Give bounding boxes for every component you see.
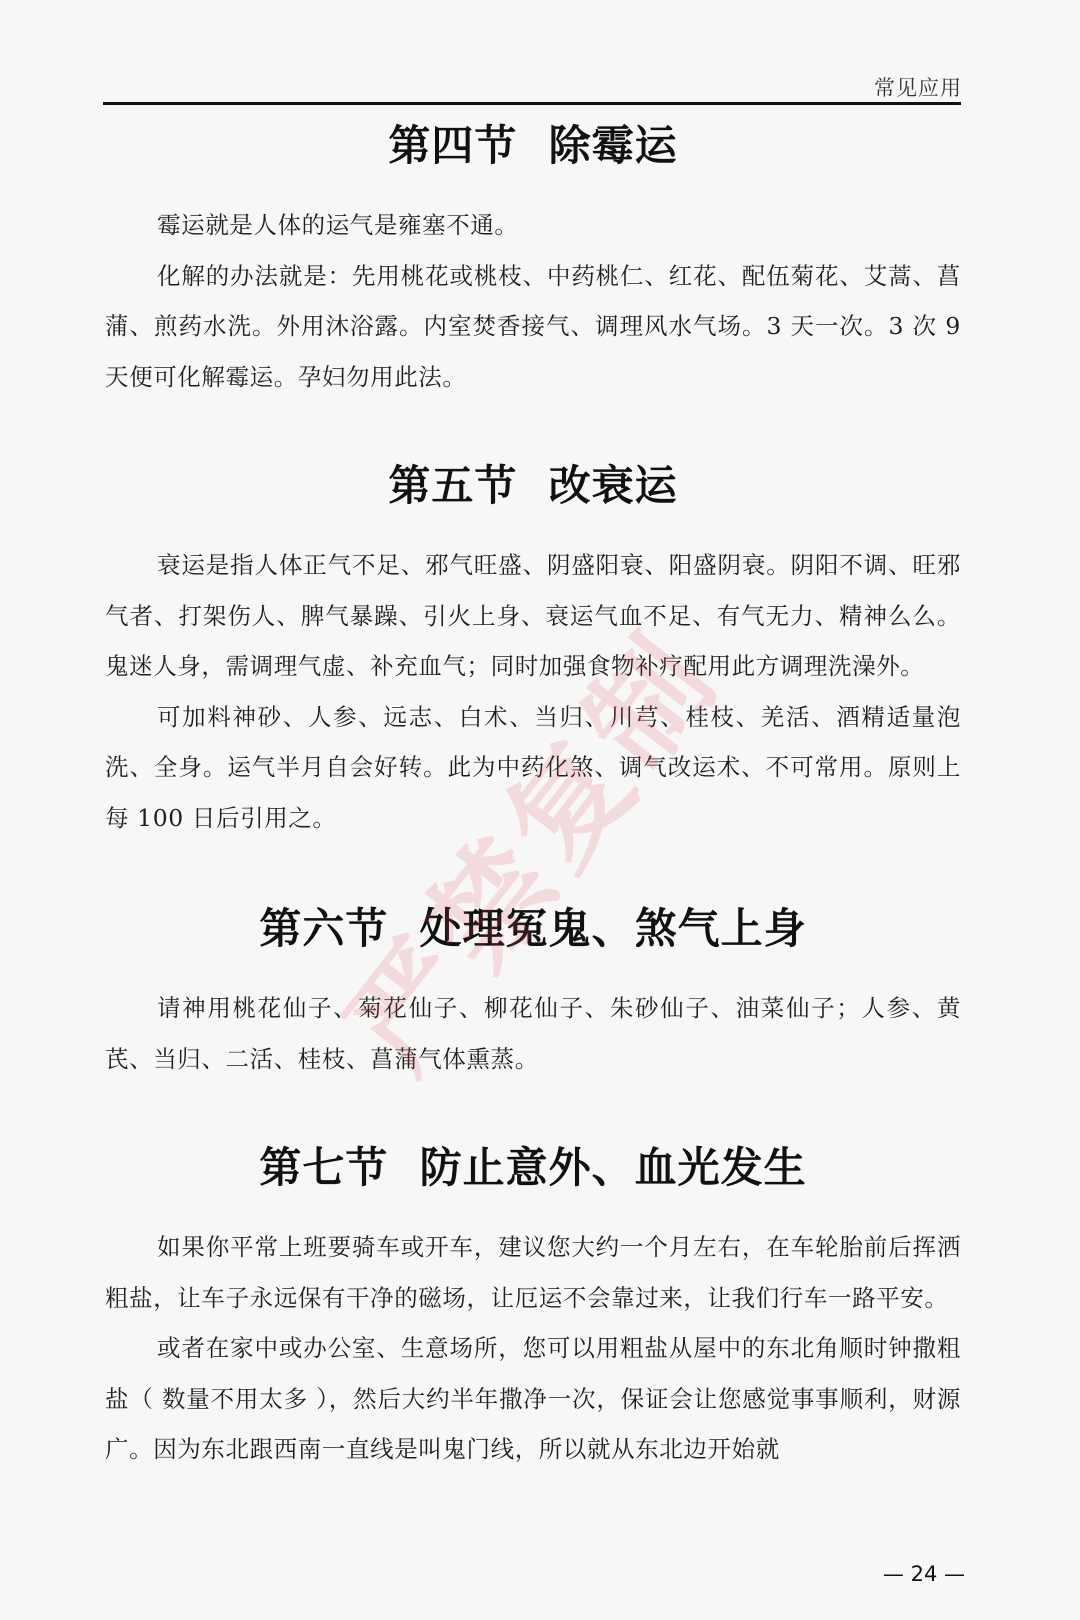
paragraph: 或者在家中或办公室、生意场所，您可以用粗盐从屋中的东北角顺时钟撒粗盐（ 数量不用… [105,1323,961,1475]
section-7: 第七节 防止意外、血光发生 如果你平常上班要骑车或开车，建议您大约一个月左右，在… [105,1136,961,1475]
section-title: 第六节 处理冤鬼、煞气上身 [105,897,961,961]
section-5: 第五节 改衰运 衰运是指人体正气不足、邪气旺盛、阴盛阳衰、阳盛阴衰。阴阳不调、旺… [105,454,961,843]
page-content: 第四节 除霉运 霉运就是人体的运气是雍塞不通。 化解的办法就是：先用桃花或桃枝、… [105,108,961,1475]
section-title: 第五节 改衰运 [105,454,961,518]
section-title: 第四节 除霉运 [105,114,961,178]
section-6: 第六节 处理冤鬼、煞气上身 请神用桃花仙子、菊花仙子、柳花仙子、朱砂仙子、油菜仙… [105,897,961,1084]
page-number: — 24 — [883,1562,965,1586]
paragraph: 可加料神砂、人参、远志、白术、当归、川芎、桂枝、羌活、酒精适量泡洗、全身。运气半… [105,692,961,844]
header-rule [103,102,961,105]
section-4: 第四节 除霉运 霉运就是人体的运气是雍塞不通。 化解的办法就是：先用桃花或桃枝、… [105,114,961,402]
paragraph: 霉运就是人体的运气是雍塞不通。 [105,200,961,251]
paragraph: 衰运是指人体正气不足、邪气旺盛、阴盛阳衰、阳盛阴衰。阴阳不调、旺邪气者、打架伤人… [105,540,961,692]
paragraph: 请神用桃花仙子、菊花仙子、柳花仙子、朱砂仙子、油菜仙子；人参、黄芪、当归、二活、… [105,983,961,1084]
paragraph: 化解的办法就是：先用桃花或桃枝、中药桃仁、红花、配伍菊花、艾蒿、菖蒲、煎药水洗。… [105,251,961,403]
paragraph: 如果你平常上班要骑车或开车，建议您大约一个月左右，在车轮胎前后挥洒粗盐，让车子永… [105,1222,961,1323]
section-title: 第七节 防止意外、血光发生 [105,1136,961,1200]
running-header: 常见应用 [874,72,962,102]
